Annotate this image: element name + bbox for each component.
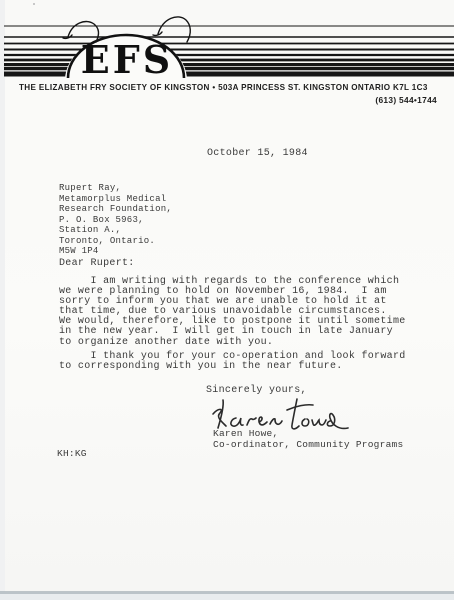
scan-bed-strip (0, 594, 454, 600)
recipient-line: Rupert Ray, (59, 183, 121, 193)
closing-line: Sincerely yours, (206, 385, 307, 396)
phone-number: (613) 544•1744 (375, 95, 437, 105)
letter-date: October 15, 1984 (207, 148, 308, 159)
reference-initials: KH:KG (57, 448, 87, 459)
recipient-line: Metamorplus Medical (59, 194, 166, 204)
efs-letterhead-logo: EFS (0, 0, 454, 80)
recipient-line: Toronto, Ontario. (59, 236, 155, 246)
salutation: Dear Rupert: (59, 258, 135, 269)
signed-name: Karen Howe, (213, 428, 278, 439)
recipient-line: Station A., (59, 225, 121, 235)
organization-address-line: THE ELIZABETH FRY SOCIETY OF KINGSTON • … (19, 83, 428, 92)
recipient-line: M5W 1P4 (59, 246, 99, 256)
body-paragraph: I am writing with regards to the confere… (59, 277, 406, 348)
signed-title: Co-ordinator, Community Programs (213, 439, 403, 450)
body-paragraph: I thank you for your co-operation and lo… (59, 352, 406, 372)
efs-logo-text: EFS (81, 37, 173, 80)
recipient-line: P. O. Box 5963, (59, 215, 144, 225)
recipient-line: Research Foundation, (59, 204, 172, 214)
